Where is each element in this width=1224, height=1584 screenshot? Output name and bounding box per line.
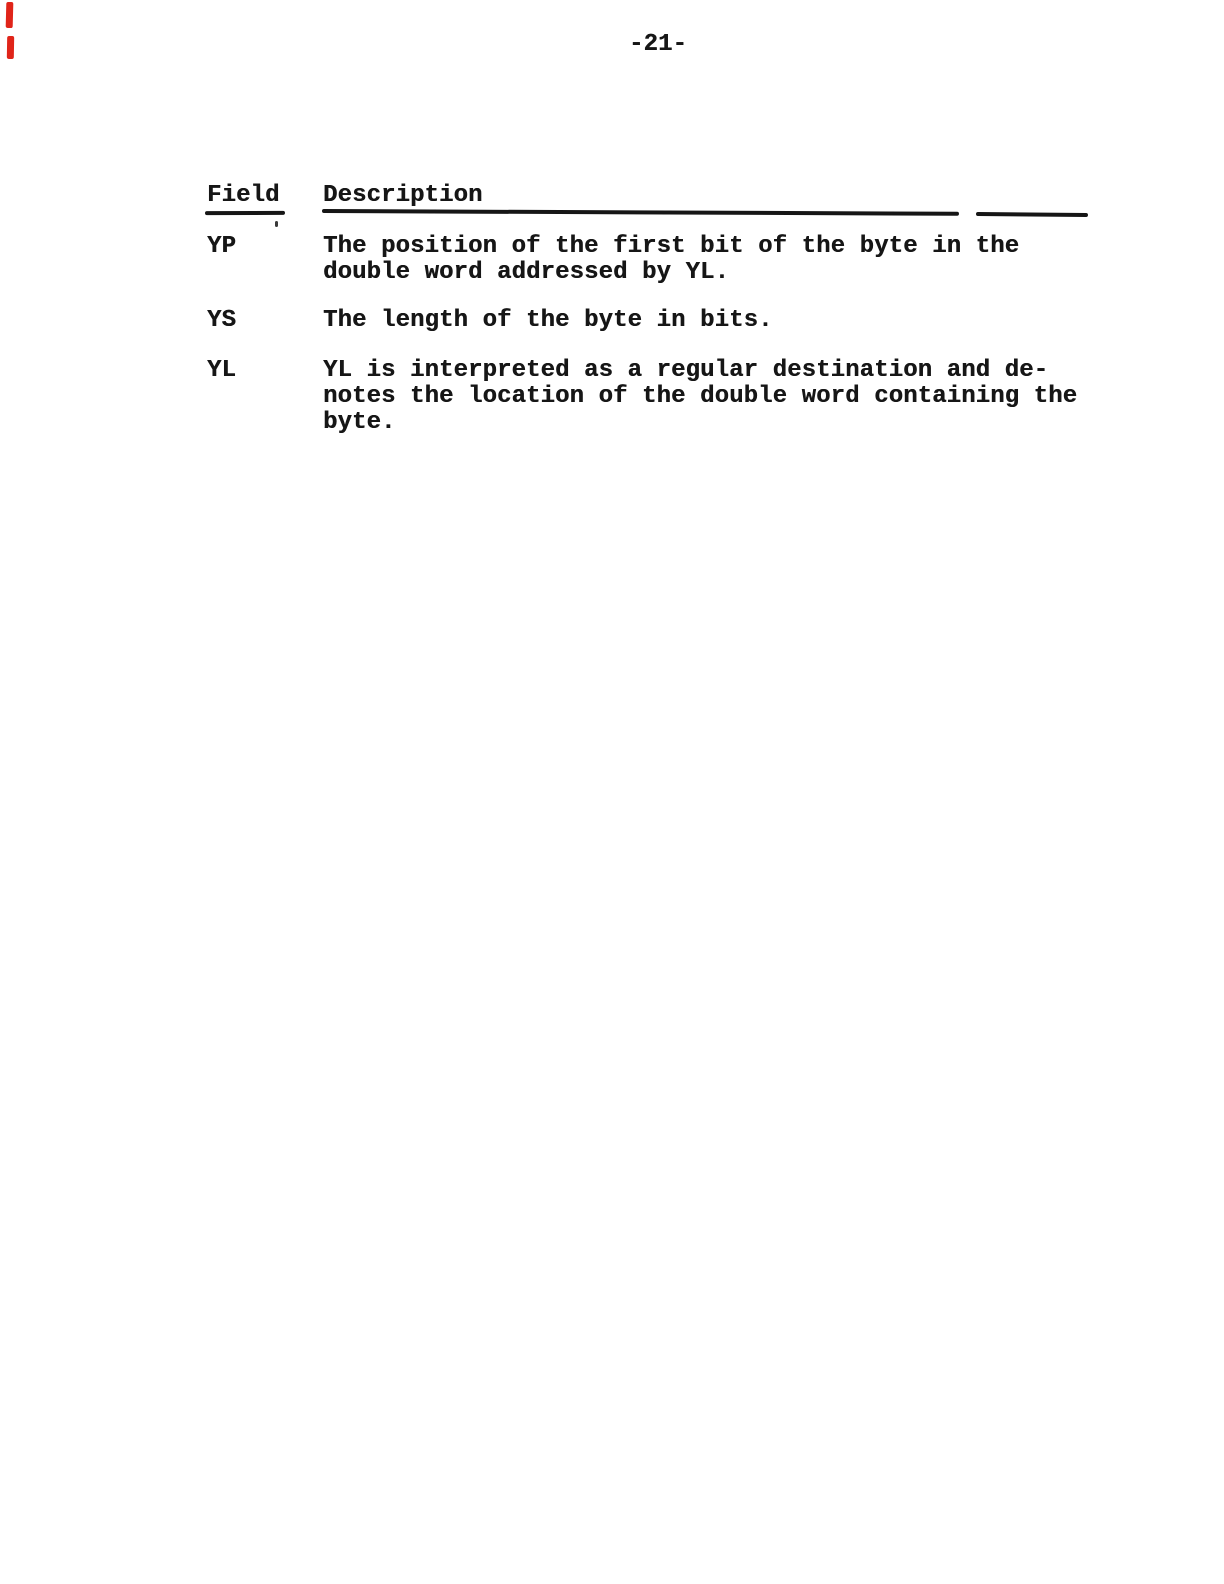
field-label-yl: YL [207,358,236,384]
column-header-description: Description [323,183,483,209]
description-header-rule [976,212,1088,217]
description-header-rule [322,209,959,216]
field-label-yp: YP [207,234,236,260]
description-line: The position of the first bit of the byt… [323,234,1019,260]
column-header-field: Field [207,183,280,209]
ink-speck [275,221,278,227]
red-margin-mark [7,36,14,59]
field-label-ys: YS [207,308,236,334]
description-line: The length of the byte in bits. [323,308,773,334]
red-margin-mark [6,2,14,28]
page-number: -21- [629,32,687,58]
document-page: -21- Field Description YP The position o… [0,0,1224,1584]
description-line: YL is interpreted as a regular destinati… [323,358,1048,384]
description-line: notes the location of the double word co… [323,384,1077,410]
description-line: double word addressed by YL. [323,260,729,286]
description-line: byte. [323,410,396,436]
field-header-underline [205,211,285,215]
